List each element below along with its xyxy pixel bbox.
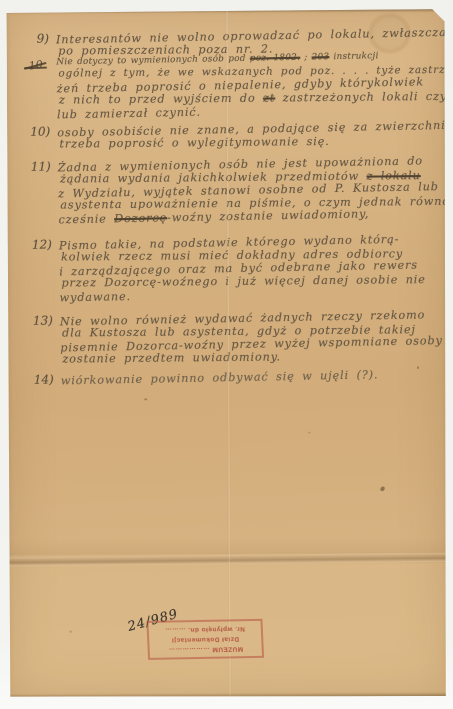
paper-fleck — [379, 486, 385, 492]
item-number: 9) — [23, 33, 50, 121]
archive-stamp: MUZEUM ……………… Dział Dokumentacji Nr. wpł… — [146, 619, 264, 660]
item-number: 14) — [28, 373, 54, 386]
manuscript-item: 10)osoby osobiście nie znane, a podające… — [24, 120, 434, 152]
manuscript-line: trzeba poprosić o wylegitymowanie się. — [59, 134, 436, 151]
manuscript-line: wiórkowanie powinno odbywać się w ujęli … — [61, 367, 438, 387]
paper-fleck — [417, 366, 419, 369]
scanned-document: 9)Interesantów nie wolno oprowadzać po l… — [0, 0, 453, 709]
item-number: 11) — [25, 160, 52, 225]
item-number: 12) — [26, 238, 53, 303]
fold-shadow — [9, 537, 447, 555]
manuscript-item: 9)Interesantów nie wolno oprowadzać po l… — [23, 27, 434, 121]
manuscript-item: 13)Nie wolno również wydawać żadnych rze… — [27, 309, 438, 367]
manuscript-item: 11)Żadna z wymienionych osób nie jest up… — [25, 155, 436, 226]
manuscript-item: 14)wiórkowanie powinno odbywać się w uję… — [28, 368, 438, 387]
manuscript-text: 9)Interesantów nie wolno oprowadzać po l… — [23, 27, 438, 387]
manuscript-item: 12)Pismo takie, na podstawie którego wyd… — [26, 233, 437, 304]
item-number: 13) — [27, 314, 54, 366]
paper-fleck — [69, 631, 72, 633]
paper-fleck — [144, 398, 147, 400]
struck-out-number: 10 — [26, 58, 45, 73]
paper-fleck — [155, 142, 157, 144]
paper-fleck — [308, 432, 310, 434]
fold-crease-horizontal — [9, 553, 447, 567]
stamp-line: Nr. wpłynęło dn. ……… — [153, 623, 257, 635]
item-number: 10) — [24, 125, 50, 151]
manuscript-page: 9)Interesantów nie wolno oprowadzać po l… — [7, 9, 448, 698]
manuscript-line: zostanie przedtem uwiadomiony. — [62, 349, 439, 366]
stamp-line: MUZEUM ……………… — [153, 643, 257, 655]
